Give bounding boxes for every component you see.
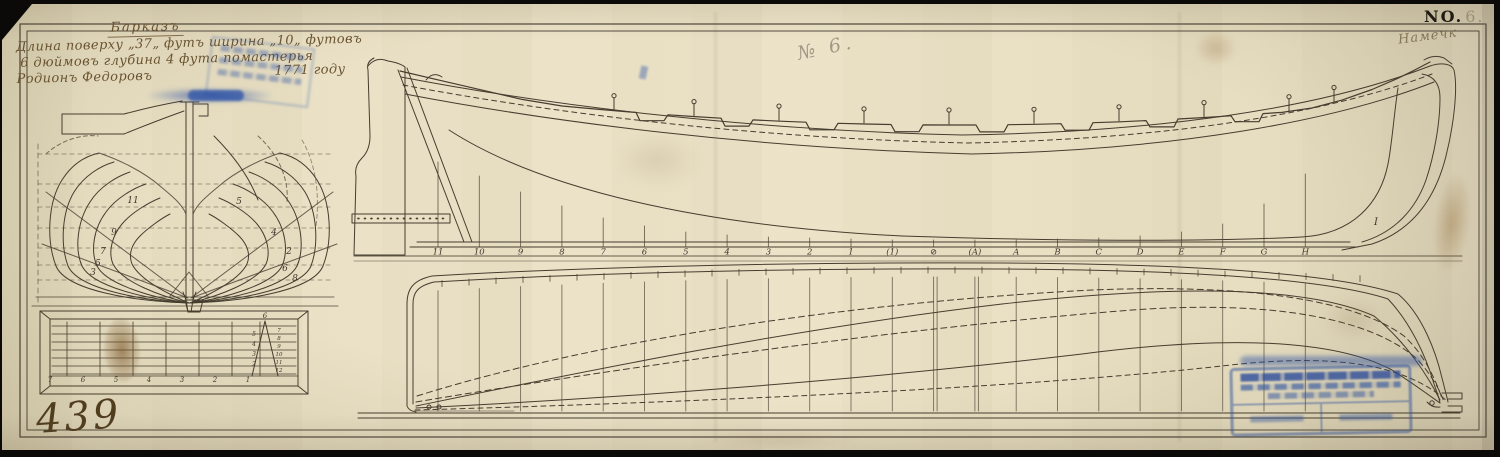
svg-text:2: 2 [285,247,292,257]
svg-text:2: 2 [212,376,218,384]
svg-text:2: 2 [251,361,256,368]
svg-text:6: 6 [642,248,648,258]
svg-text:9: 9 [111,228,117,238]
svg-text:B: B [1053,248,1060,258]
svg-text:8: 8 [559,248,565,258]
fold-crease [1178,12,1181,442]
scanned-ship-plan: 1110987654321(1)⊘(A)ABCDEFGHI11975354268… [0,0,1500,457]
fold-crease [714,12,717,442]
svg-text:4: 4 [270,228,277,238]
svg-text:4: 4 [251,341,256,348]
svg-text:5: 5 [252,331,256,338]
svg-text:7: 7 [48,376,53,384]
svg-text:I: I [1373,217,1379,228]
svg-text:9: 9 [277,344,281,350]
svg-text:11: 11 [127,196,138,206]
svg-text:5: 5 [683,248,688,258]
stamp-text-row [1240,370,1400,381]
svg-text:(1): (1) [886,247,898,258]
archive-number: 439 [34,391,122,443]
svg-text:5: 5 [114,376,119,384]
svg-text:4: 4 [146,376,151,384]
stamp-bottom-band [1233,400,1410,434]
sheet-number-label: NO. [1424,7,1463,26]
svg-text:12: 12 [276,368,283,374]
stamp-text-row [1241,381,1401,390]
svg-text:6: 6 [282,264,288,274]
svg-text:6: 6 [81,376,86,384]
svg-text:1: 1 [246,376,250,384]
faded-stamp-fragment [205,36,316,108]
svg-text:5: 5 [95,259,101,269]
inscription-heading: Барказъ [107,18,183,38]
svg-text:1: 1 [848,248,853,258]
svg-text:⊘: ⊘ [930,248,937,258]
svg-text:(A): (A) [969,247,982,258]
svg-text:10: 10 [474,248,485,258]
svg-text:8: 8 [292,274,298,284]
svg-text:4: 4 [723,248,729,258]
svg-text:F: F [1219,248,1227,258]
svg-text:A: A [1012,248,1019,258]
svg-text:3: 3 [90,268,96,278]
svg-text:7: 7 [100,247,106,257]
archive-stamp [1229,364,1412,437]
svg-text:9: 9 [518,248,524,258]
svg-text:D: D [1136,248,1144,258]
svg-text:7: 7 [277,328,281,334]
sheet-edge [1482,4,1494,450]
stamp-text-row [1268,391,1374,399]
sheet-number: NO.6. [1424,7,1484,26]
svg-text:7: 7 [600,248,606,258]
rudder [354,58,405,255]
svg-text:C: C [1096,248,1103,258]
svg-text:3: 3 [766,248,771,258]
svg-text:3: 3 [180,376,185,384]
svg-text:G: G [1261,248,1268,258]
svg-text:11: 11 [433,248,444,258]
svg-text:2: 2 [806,248,812,258]
svg-text:11: 11 [276,360,283,366]
svg-text:5: 5 [236,197,242,207]
svg-text:3: 3 [252,351,256,358]
svg-text:8: 8 [277,336,281,342]
inscription-master-name: Родионъ Федоровъ [16,69,152,89]
paper-sheet: 1110987654321(1)⊘(A)ABCDEFGHI11975354268… [2,4,1494,450]
svg-text:H: H [1301,248,1310,258]
profile-view [352,56,1462,261]
svg-text:10: 10 [276,352,283,358]
svg-text:6: 6 [263,312,268,320]
